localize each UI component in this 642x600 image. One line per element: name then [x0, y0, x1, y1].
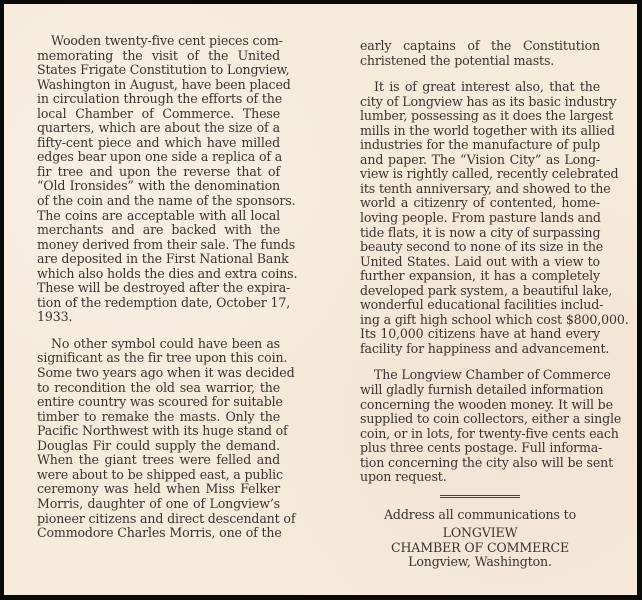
text-line: ceremony was held when Miss Felker: [37, 482, 280, 497]
text-line: No other symbol could have been as: [37, 337, 280, 352]
address-block: Address all communications to LONGVIEW C…: [360, 508, 600, 570]
text-line: city of Longview has as its basic indust…: [360, 95, 600, 110]
paragraph: early captains of the Constitutionchrist…: [360, 39, 600, 68]
text-line: States Frigate Constitution to Longview,: [37, 63, 280, 78]
text-line: The coins are acceptable with all local: [37, 209, 280, 224]
text-line: Its 10,000 citizens have at hand every: [360, 327, 600, 342]
text-line: tide flats, it is now a city of surpassi…: [360, 226, 600, 241]
text-line: further expansion, it has a completely: [360, 269, 600, 284]
text-line: christened the potential masts.: [360, 54, 600, 69]
text-line: local Chamber of Commerce. These: [37, 107, 280, 122]
text-line: Washington in August, have been placed: [37, 78, 280, 93]
text-line: early captains of the Constitution: [360, 39, 600, 54]
text-line: tion of the redemption date, October 17,: [37, 296, 280, 311]
text-line: memorating the visit of the United: [37, 49, 280, 64]
text-line: When the giant trees were felled and: [37, 453, 280, 468]
text-line: merchants and are backed with the: [37, 223, 280, 238]
text-line: lumber, possessing as it does the larges…: [360, 109, 600, 124]
text-line: loving people. From pasture lands and: [360, 211, 600, 226]
text-line: Wooden twenty-five cent pieces com-: [37, 34, 280, 49]
paragraph: The Longview Chamber of Commercewill gla…: [360, 368, 600, 484]
text-line: edges bear upon one side a replica of a: [37, 150, 280, 165]
address-lead: Address all communications to: [360, 508, 600, 523]
text-line: These will be destroyed after the expira…: [37, 281, 280, 296]
text-line: quarters, which are about the size of a: [37, 121, 280, 136]
text-line: plus three cents postage. Full informa-: [360, 441, 600, 456]
text-line: pioneer citizens and direct descendant o…: [37, 512, 280, 527]
text-line: industries for the manufacture of pulp: [360, 138, 600, 153]
text-line: its tenth anniversary, and showed to the: [360, 182, 600, 197]
text-line: fifty-cent piece and which have milled: [37, 136, 280, 151]
text-line: “Old Ironsides” with the denomination: [37, 179, 280, 194]
text-line: Some two years ago when it was decided: [37, 366, 280, 381]
text-line: tion concerning the city also will be se…: [360, 456, 600, 471]
text-line: view is rightly called, recently celebra…: [360, 167, 600, 182]
text-line: and paper. The “Vision City” as Long-: [360, 153, 600, 168]
text-line: of the coin and the name of the sponsors…: [37, 194, 280, 209]
text-line: to recondition the old sea warrior, the: [37, 381, 280, 396]
text-line: fir tree and upon the reverse that of: [37, 165, 280, 180]
text-line: facility for happiness and advancement.: [360, 342, 600, 357]
text-line: upon request.: [360, 470, 600, 485]
text-line: It is of great interest also, that the: [360, 80, 600, 95]
text-line: beauty second to none of its size in the: [360, 240, 600, 255]
paragraph: It is of great interest also, that theci…: [360, 80, 600, 356]
text-line: significant as the fir tree upon this co…: [37, 351, 280, 366]
text-line: in circulation through the efforts of th…: [37, 92, 280, 107]
text-line: 1933.: [37, 310, 280, 325]
right-column: early captains of the Constitutionchrist…: [360, 39, 600, 570]
text-line: ing a gift high school which cost $800,0…: [360, 313, 600, 328]
text-line: which also holds the dies and extra coin…: [37, 267, 280, 282]
text-line: money derived from their sale. The funds: [37, 238, 280, 253]
text-line: supplied to coin collectors, either a si…: [360, 412, 600, 427]
double-rule-divider: [440, 495, 520, 498]
text-line: are deposited in the First National Bank: [37, 252, 280, 267]
text-line: wonderful educational facilities includ-: [360, 298, 600, 313]
document-page: Wooden twenty-five cent pieces com-memor…: [4, 4, 637, 595]
text-line: world a citizenry of contented, home-: [360, 196, 600, 211]
text-line: will gladly furnish detailed information: [360, 383, 600, 398]
text-line: concerning the wooden money. It will be: [360, 398, 600, 413]
paragraph: Wooden twenty-five cent pieces com-memor…: [37, 34, 280, 325]
left-column: Wooden twenty-five cent pieces com-memor…: [37, 34, 280, 541]
text-line: Commodore Charles Morris, one of the: [37, 526, 280, 541]
address-city: Longview, Washington.: [360, 555, 600, 570]
paragraph: No other symbol could have been assignif…: [37, 337, 280, 541]
text-line: were about to be shipped east, a public: [37, 468, 280, 483]
text-line: developed park system, a beautiful lake,: [360, 284, 600, 299]
text-line: coin, or in lots, for twenty-five cents …: [360, 427, 600, 442]
text-line: entire country was scoured for suitable: [37, 395, 280, 410]
text-line: Douglas Fir could supply the demand.: [37, 439, 280, 454]
address-org-line1: LONGVIEW: [360, 526, 600, 541]
text-line: mills in the world together with its all…: [360, 124, 600, 139]
address-org-line2: CHAMBER OF COMMERCE: [360, 541, 600, 556]
text-line: The Longview Chamber of Commerce: [360, 368, 600, 383]
text-line: timber to remake the masts. Only the: [37, 410, 280, 425]
text-line: United States. Laid out with a view to: [360, 255, 600, 270]
text-line: Pacific Northwest with its huge stand of: [37, 424, 280, 439]
text-line: Morris, daughter of one of Longview’s: [37, 497, 280, 512]
